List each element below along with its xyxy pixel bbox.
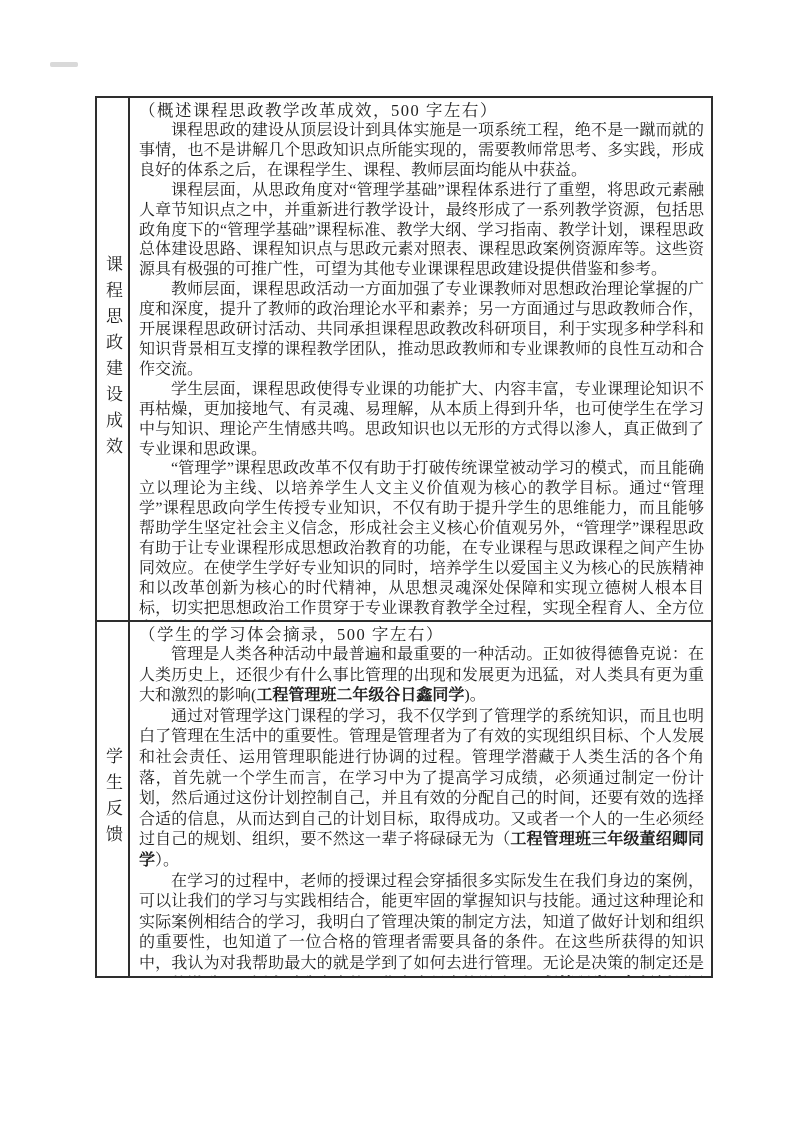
paragraph-text: “管理学”课程思政改革不仅有助于打破传统课堂被动学习的模式，而且能确立以理论为主… [139,460,704,620]
document-page: 课程思政建设成效 （概述课程思政教学改革成效，500 字左右） 课程思政的建设从… [0,0,794,1123]
table-row-student-feedback: 学生反馈 （学生的学习体会摘录，500 字左右） 管理是人类各种活动中最普遍和最… [97,622,711,976]
paragraph: 课程思政的建设从顶层设计到具体实施是一项系统工程，绝不是一蹴而就的事情，也不是讲… [139,121,704,181]
table-row-course-ideology-effect: 课程思政建设成效 （概述课程思政教学改革成效，500 字左右） 课程思政的建设从… [97,98,711,622]
paragraphs-student-feedback: 管理是人类各种活动中最普遍和最重要的一种活动。正如彼得德鲁克说：在人类历史上，还… [139,645,704,976]
row-label-course-ideology: 课程思政建设成效 [100,255,125,463]
paragraph: 课程层面，从思政角度对“管理学基础”课程体系进行了重塑，将思政元素融人章节知识点… [139,181,704,281]
section-header-student-feedback: （学生的学习体会摘录，500 字左右） [139,624,704,645]
paragraph-text: 学生层面，课程思政使得专业课的功能扩大、内容丰富，专业课理论知识不再枯燥，更加接… [139,381,704,458]
paragraph: “管理学”课程思政改革不仅有助于打破传统课堂被动学习的模式，而且能确立以理论为主… [139,459,704,620]
paragraph: 教师层面，课程思政活动一方面加强了专业课教师对思想政治理论掌握的广度和深度，提升… [139,280,704,380]
content-cell-student-feedback: （学生的学习体会摘录，500 字左右） 管理是人类各种活动中最普遍和最重要的一种… [130,622,711,976]
row-label-cell-course-ideology: 课程思政建设成效 [97,98,130,620]
paragraph-text: 在学习的过程中，老师的授课过程会穿插很多实际发生在我们身边的案例，可以让我们的学… [139,873,704,976]
paragraph-text: 教师层面，课程思政活动一方面加强了专业课教师对思想政治理论掌握的广度和深度，提升… [139,281,704,378]
paragraph: 在学习的过程中，老师的授课过程会穿插很多实际发生在我们身边的案例，可以让我们的学… [139,872,704,976]
student-name: 工程管理班二年级谷日鑫同学 [256,687,464,704]
section-header-course-ideology: （概述课程思政教学改革成效，500 字左右） [139,100,704,121]
paragraph: 通过对管理学这门课程的学习，我不仅学到了管理学的系统知识，而且也明白了管理在生活… [139,707,704,872]
scan-artifact [50,62,78,67]
paragraph-text: )。 [464,687,485,704]
paragraphs-course-ideology: 课程思政的建设从顶层设计到具体实施是一项系统工程，绝不是一蹴而就的事情，也不是讲… [139,121,704,620]
row-label-cell-student-feedback: 学生反馈 [97,622,130,976]
paragraph-text: 课程层面，从思政角度对“管理学基础”课程体系进行了重塑，将思政元素融人章节知识点… [139,182,704,279]
paragraph: 管理是人类各种活动中最普遍和最重要的一种活动。正如彼得德鲁克说：在人类历史上，还… [139,645,704,707]
paragraph-text: ）。 [155,852,179,869]
paragraph-text: 课程思政的建设从顶层设计到具体实施是一项系统工程，绝不是一蹴而就的事情，也不是讲… [139,122,704,179]
paragraph: 学生层面，课程思政使得专业课的功能扩大、内容丰富，专业课理论知识不再枯燥，更加接… [139,380,704,460]
content-cell-course-ideology: （概述课程思政教学改革成效，500 字左右） 课程思政的建设从顶层设计到具体实施… [130,98,711,620]
row-label-student-feedback: 学生反馈 [100,747,125,851]
report-table: 课程思政建设成效 （概述课程思政教学改革成效，500 字左右） 课程思政的建设从… [95,96,713,978]
paragraph-text: 通过对管理学这门课程的学习，我不仅学到了管理学的系统知识，而且也明白了管理在生活… [139,708,704,849]
